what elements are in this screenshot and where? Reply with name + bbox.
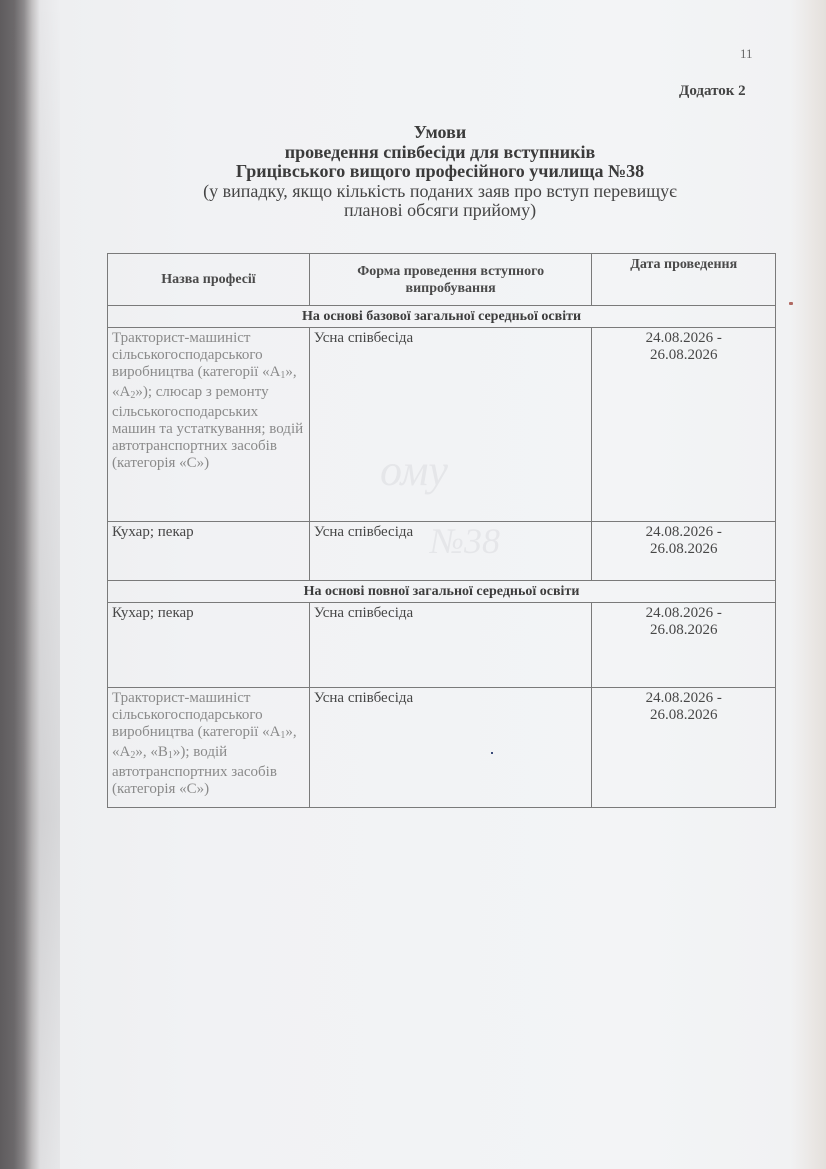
title-line-4: (у випадку, якщо кількість поданих заяв … bbox=[150, 182, 730, 202]
table-row: Кухар; пекар Усна співбесіда 24.08.2026 … bbox=[108, 522, 776, 581]
section-row-full: На основі повної загальної середньої осв… bbox=[108, 581, 776, 603]
title-line-2: проведення співбесіди для вступників bbox=[150, 143, 730, 163]
form-cell: Усна співбесіда bbox=[309, 603, 591, 688]
table-row: Тракторист-машиніст сільськогосподарсько… bbox=[108, 328, 776, 522]
date-to: 26.08.2026 bbox=[596, 347, 771, 364]
header-date: Дата проведення bbox=[592, 254, 776, 306]
stray-ink-dot bbox=[491, 752, 493, 754]
date-cell: 24.08.2026 - 26.08.2026 bbox=[592, 688, 776, 808]
document-title: Умови проведення співбесіди для вступник… bbox=[150, 123, 730, 221]
scan-edge-shadow bbox=[0, 0, 60, 1169]
date-to: 26.08.2026 bbox=[596, 541, 771, 558]
form-cell: Усна співбесіда bbox=[309, 328, 591, 522]
header-profession: Назва професії bbox=[108, 254, 310, 306]
profession-text: Тракторист-машиніст сільськогосподарсько… bbox=[112, 690, 297, 797]
title-line-3: Грицівського вищого професійного училища… bbox=[150, 162, 730, 182]
profession-cell: Тракторист-машиніст сільськогосподарсько… bbox=[108, 328, 310, 522]
profession-cell: Кухар; пекар bbox=[108, 522, 310, 581]
date-to: 26.08.2026 bbox=[596, 622, 771, 639]
section-title: На основі повної загальної середньої осв… bbox=[108, 581, 776, 603]
date-to: 26.08.2026 bbox=[596, 707, 771, 724]
date-cell: 24.08.2026 - 26.08.2026 bbox=[592, 603, 776, 688]
profession-cell: Кухар; пекар bbox=[108, 603, 310, 688]
title-line-5: планові обсяги прийому) bbox=[150, 201, 730, 221]
form-cell: Усна співбесіда bbox=[309, 522, 591, 581]
appendix-label: Додаток 2 bbox=[679, 83, 746, 100]
date-from: 24.08.2026 - bbox=[596, 605, 771, 622]
date-from: 24.08.2026 - bbox=[596, 690, 771, 707]
profession-cell: Тракторист-машиніст сільськогосподарсько… bbox=[108, 688, 310, 808]
interview-conditions-table: Назва професії Форма проведення вступног… bbox=[107, 253, 776, 808]
profession-text: Тракторист-машиніст сільськогосподарсько… bbox=[112, 330, 303, 471]
section-title: На основі базової загальної середньої ос… bbox=[108, 306, 776, 328]
table-row: Кухар; пекар Усна співбесіда 24.08.2026 … bbox=[108, 603, 776, 688]
title-line-1: Умови bbox=[150, 123, 730, 143]
stray-ink-mark bbox=[789, 302, 793, 305]
table-row: Тракторист-машиніст сільськогосподарсько… bbox=[108, 688, 776, 808]
form-cell: Усна співбесіда bbox=[309, 688, 591, 808]
date-cell: 24.08.2026 - 26.08.2026 bbox=[592, 328, 776, 522]
date-from: 24.08.2026 - bbox=[596, 524, 771, 541]
header-form: Форма проведення вступного випробування bbox=[309, 254, 591, 306]
table-header-row: Назва професії Форма проведення вступног… bbox=[108, 254, 776, 306]
page-number: 11 bbox=[740, 46, 753, 62]
date-cell: 24.08.2026 - 26.08.2026 bbox=[592, 522, 776, 581]
date-from: 24.08.2026 - bbox=[596, 330, 771, 347]
section-row-basic: На основі базової загальної середньої ос… bbox=[108, 306, 776, 328]
